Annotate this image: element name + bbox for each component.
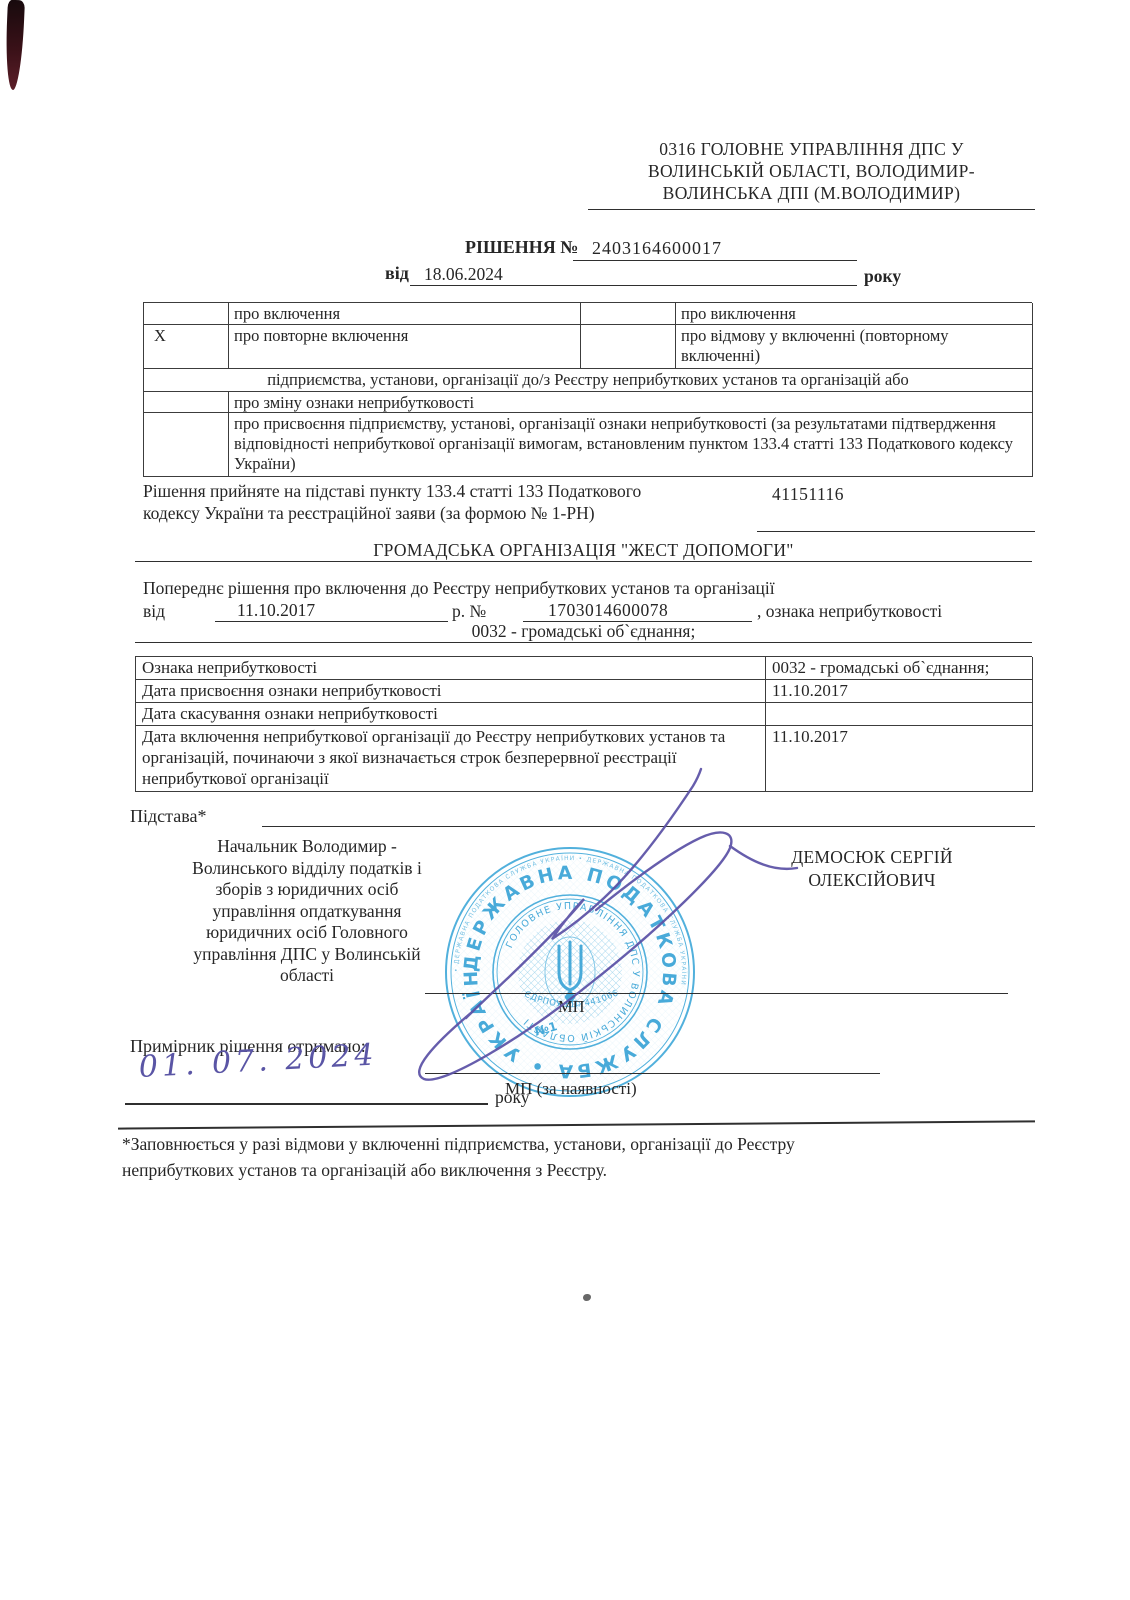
include-label-cell: про включення (229, 303, 581, 325)
footnote: *Заповнюється у разі відмови у включенні… (122, 1131, 922, 1183)
issuer-line-2: ВОЛИНСЬКІЙ ОБЛАСТІ, ВОЛОДИМИР- (588, 160, 1035, 182)
previous-date: 11.10.2017 (237, 600, 315, 621)
decision-label: РІШЕННЯ № (465, 237, 578, 258)
previous-code-underline (135, 642, 1032, 643)
organization-name: ГРОМАДСЬКА ОРГАНІЗАЦІЯ "ЖЕСТ ДОПОМОГИ" (135, 540, 1032, 561)
refuse-label-cell: про відмову у включенні (повторному вклю… (676, 325, 1033, 369)
table-row-value: 11.10.2017 (766, 680, 1033, 703)
previous-from-label: від (143, 601, 165, 622)
registry-span-row: підприємства, установи, організації до/з… (144, 369, 1033, 392)
grounds-label: Підстава* (130, 806, 206, 827)
footnote-line-1: *Заповнюється у разі відмови у включенні… (122, 1131, 922, 1157)
decision-date: 18.06.2024 (424, 264, 503, 285)
decision-number-underline (573, 260, 857, 261)
previous-decision-intro: Попереднє рішення про включення до Реєст… (143, 578, 775, 599)
basis-edrpou-code: 41151116 (772, 484, 844, 505)
signature-ink (380, 755, 830, 1095)
exclude-label-cell: про виключення (676, 303, 1033, 325)
issuer-header: 0316 ГОЛОВНЕ УПРАВЛІННЯ ДПС У ВОЛИНСЬКІЙ… (588, 138, 1035, 204)
previous-number: 1703014600078 (548, 600, 668, 621)
reinclude-label-cell: про повторне включення (229, 325, 581, 369)
change-label-cell: про зміну ознаки неприбутковості (229, 392, 1033, 413)
refuse-checkbox-cell (581, 325, 676, 369)
basis-underline (757, 531, 1035, 532)
include-checkbox-cell (144, 303, 229, 325)
table-row-label: Дата скасування ознаки неприбутковості (136, 703, 766, 726)
organization-name-underline (135, 561, 1032, 562)
basis-text-line-2: кодексу України та реєстраційної заяви (… (143, 503, 595, 524)
table-row-label: Ознака неприбутковості (136, 657, 766, 680)
table-row-label: Дата присвоєння ознаки неприбутковості (136, 680, 766, 703)
scan-artifact-top-left (4, 0, 25, 90)
change-checkbox-cell (144, 392, 229, 413)
scan-speck (583, 1294, 591, 1301)
assign-checkbox-cell (144, 413, 229, 477)
previous-suffix: , ознака неприбутковості (757, 601, 942, 622)
table-row-value (766, 703, 1033, 726)
footnote-line-2: неприбуткових установ та організацій або… (122, 1157, 922, 1183)
reinclude-checkbox-cell: X (144, 325, 229, 369)
issuer-underline (588, 209, 1035, 210)
exclude-checkbox-cell (581, 303, 676, 325)
decision-number: 2403164600017 (592, 238, 722, 259)
issuer-line-1: 0316 ГОЛОВНЕ УПРАВЛІННЯ ДПС У (588, 138, 1035, 160)
document-page: 0316 ГОЛОВНЕ УПРАВЛІННЯ ДПС У ВОЛИНСЬКІЙ… (0, 0, 1130, 1600)
basis-text-line-1: Рішення прийняте на підставі пункту 133.… (143, 481, 641, 502)
decision-year-label: року (864, 266, 901, 287)
previous-reg-label: р. № (452, 601, 486, 622)
decision-type-table: про включення про виключення X про повто… (143, 302, 1032, 477)
decision-date-underline (410, 285, 857, 286)
issuer-line-3: ВОЛИНСЬКА ДПІ (М.ВОЛОДИМИР) (588, 182, 1035, 204)
received-year-label: року (495, 1087, 530, 1108)
assign-label-cell: про присвоєння підприємству, установі, о… (229, 413, 1033, 477)
previous-code: 0032 - громадські об`єднання; (135, 621, 1032, 642)
table-row-value: 0032 - громадські об`єднання; (766, 657, 1033, 680)
received-underline (125, 1103, 488, 1105)
decision-from-label: від (385, 263, 409, 284)
